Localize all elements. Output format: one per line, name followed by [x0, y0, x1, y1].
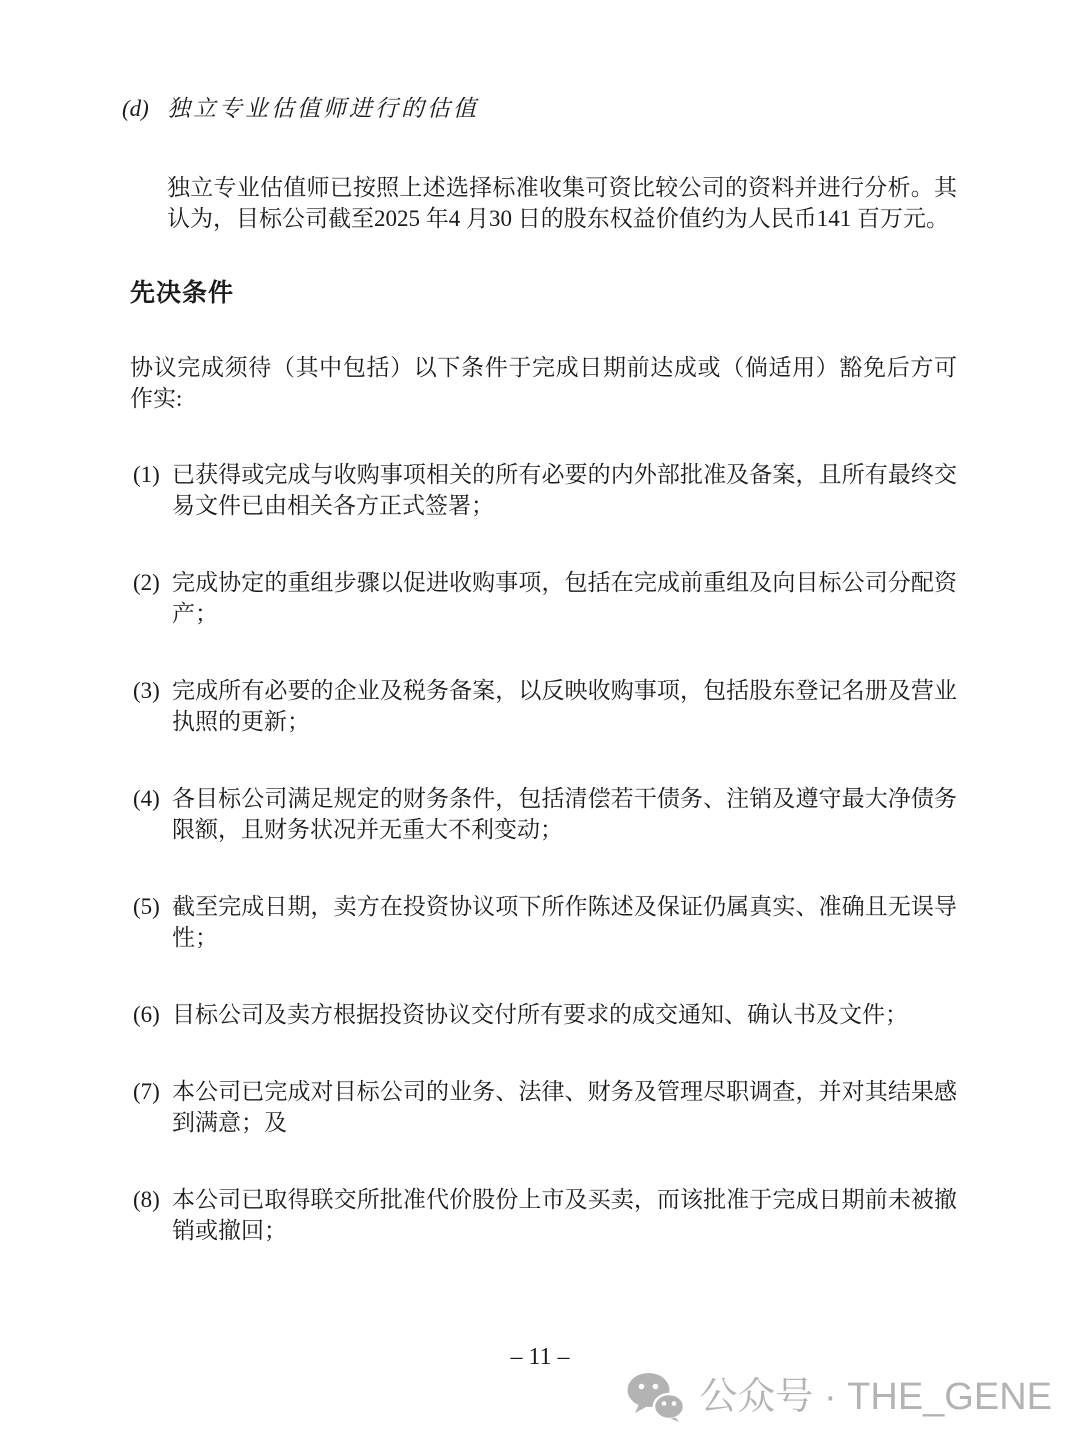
condition-text: 已获得或完成与收购事项相关的所有必要的内外部批准及备案，且所有最终交易文件已由相… [172, 459, 957, 521]
condition-text: 截至完成日期，卖方在投资协议项下所作陈述及保证仍属真实、准确且无误导性； [172, 891, 957, 953]
condition-number: (7) [133, 1076, 172, 1138]
watermark-text: 公众号 · THE_GENE [699, 1373, 1052, 1421]
condition-number: (4) [133, 783, 172, 845]
condition-number: (5) [133, 891, 172, 953]
wechat-icon [627, 1372, 685, 1422]
document-page: (d) 独立专业估值师进行的估值 独立专业估值师已按照上述选择标准收集可资比较公… [0, 0, 1080, 1440]
section-d-heading: (d) 独立专业估值师进行的估值 [122, 93, 957, 124]
condition-number: (1) [133, 459, 172, 521]
condition-item: (5)截至完成日期，卖方在投资协议项下所作陈述及保证仍属真实、准确且无误导性； [133, 891, 957, 953]
watermark: 公众号 · THE_GENE [627, 1372, 1052, 1422]
condition-item: (7)本公司已完成对目标公司的业务、法律、财务及管理尽职调查，并对其结果感到满意… [133, 1076, 957, 1138]
valuation-paragraph: 独立专业估值师已按照上述选择标准收集可资比较公司的资料并进行分析。其认为，目标公… [167, 172, 957, 234]
condition-text: 各目标公司满足规定的财务条件，包括清偿若干债务、注销及遵守最大净债务限额，且财务… [172, 783, 957, 845]
condition-item: (1)已获得或完成与收购事项相关的所有必要的内外部批准及备案，且所有最终交易文件… [133, 459, 957, 521]
condition-number: (3) [133, 675, 172, 737]
condition-text: 目标公司及卖方根据投资协议交付所有要求的成交通知、确认书及文件； [172, 999, 957, 1030]
condition-text: 本公司已完成对目标公司的业务、法律、财务及管理尽职调查，并对其结果感到满意；及 [172, 1076, 957, 1138]
condition-item: (8)本公司已取得联交所批准代价股份上市及买卖，而该批准于完成日期前未被撤销或撤… [133, 1184, 957, 1246]
condition-item: (4)各目标公司满足规定的财务条件，包括清偿若干债务、注销及遵守最大净债务限额，… [133, 783, 957, 845]
condition-number: (8) [133, 1184, 172, 1246]
section-d-label: (d) [122, 93, 167, 124]
condition-number: (6) [133, 999, 172, 1030]
condition-text: 完成协定的重组步骤以促进收购事项，包括在完成前重组及向目标公司分配资产； [172, 567, 957, 629]
section-d-title: 独立专业估值师进行的估值 [167, 93, 479, 124]
condition-text: 完成所有必要的企业及税务备案，以反映收购事项，包括股东登记名册及营业执照的更新； [172, 675, 957, 737]
page-number: – 11 – [0, 1342, 1080, 1373]
condition-item: (6)目标公司及卖方根据投资协议交付所有要求的成交通知、确认书及文件； [133, 999, 957, 1030]
condition-text: 本公司已取得联交所批准代价股份上市及买卖，而该批准于完成日期前未被撤销或撤回； [172, 1184, 957, 1246]
condition-item: (2)完成协定的重组步骤以促进收购事项，包括在完成前重组及向目标公司分配资产； [133, 567, 957, 629]
condition-item: (3)完成所有必要的企业及税务备案，以反映收购事项，包括股东登记名册及营业执照的… [133, 675, 957, 737]
condition-number: (2) [133, 567, 172, 629]
conditions-intro: 协议完成须待（其中包括）以下条件于完成日期前达成或（倘适用）豁免后方可作实: [130, 352, 957, 414]
conditions-heading: 先决条件 [130, 278, 957, 309]
conditions-list: (1)已获得或完成与收购事项相关的所有必要的内外部批准及备案，且所有最终交易文件… [130, 459, 957, 1246]
